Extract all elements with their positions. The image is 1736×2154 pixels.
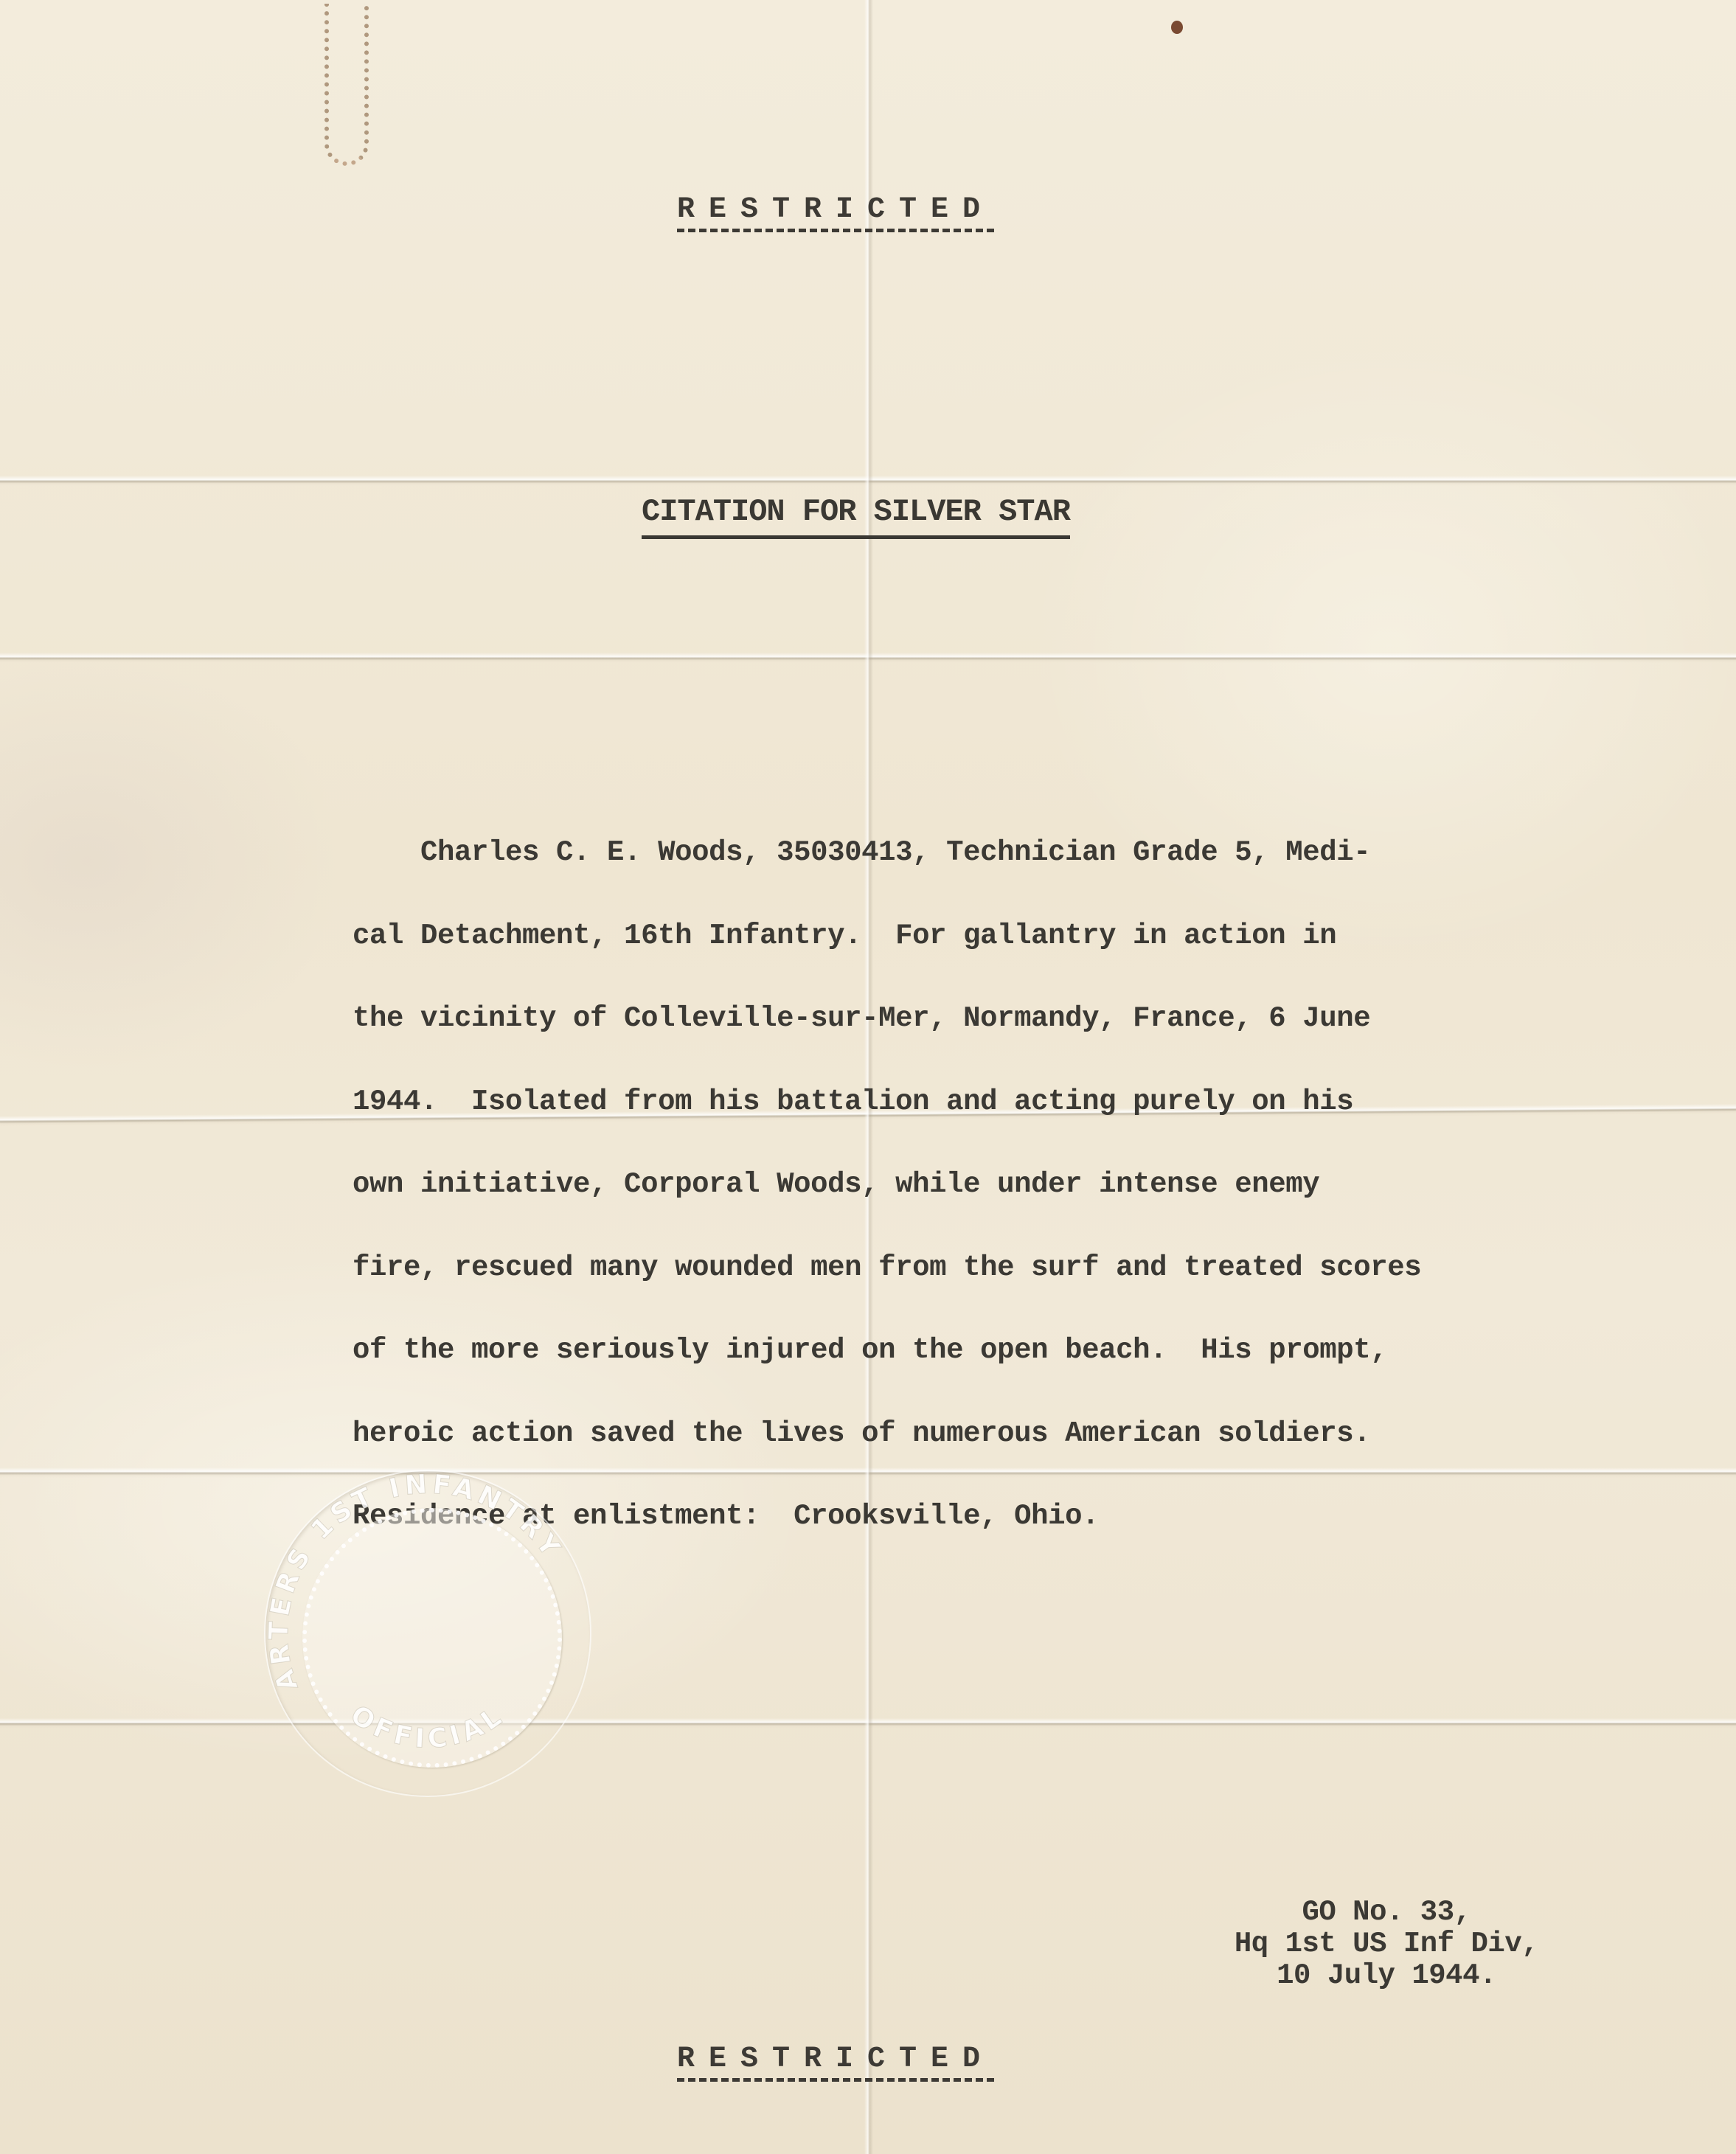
classification-footer: RESTRICTED (677, 2043, 1075, 2076)
body-line: 1944. Isolated from his battalion and ac… (353, 1088, 1532, 1116)
document-title: CITATION FOR SILVER STAR (642, 494, 1070, 539)
order-number: GO No. 33, (1232, 1897, 1541, 1928)
general-order-reference: GO No. 33, Hq 1st US Inf Div, 10 July 19… (1232, 1897, 1541, 1992)
staple-mark (324, 4, 369, 166)
svg-text:OFFICIAL: OFFICIAL (345, 1700, 510, 1755)
body-line: fire, rescued many wounded men from the … (353, 1254, 1532, 1282)
citation-body: Charles C. E. Woods, 35030413, Technicia… (353, 784, 1532, 1558)
body-line: the vicinity of Colleville-sur-Mer, Norm… (353, 1005, 1532, 1033)
rust-spot (1171, 21, 1183, 34)
order-date: 10 July 1944. (1232, 1960, 1541, 1992)
body-line: Charles C. E. Woods, 35030413, Technicia… (353, 839, 1532, 867)
embossed-seal: HEADQUARTERS 1ST INFANTRY DIVISION OFFIC… (265, 1471, 590, 1796)
classification-header: RESTRICTED (677, 193, 1075, 226)
body-line: own initiative, Corporal Woods, while un… (353, 1171, 1532, 1199)
seal-lettering: HEADQUARTERS 1ST INFANTRY DIVISION OFFIC… (265, 1471, 590, 1796)
svg-text:HEADQUARTERS 1ST INFANTRY DIVI: HEADQUARTERS 1ST INFANTRY DIVISION (265, 1471, 583, 1700)
order-headquarters: Hq 1st US Inf Div, (1232, 1928, 1541, 1960)
body-line: cal Detachment, 16th Infantry. For galla… (353, 923, 1532, 951)
body-line: of the more seriously injured on the ope… (353, 1337, 1532, 1365)
body-line: heroic action saved the lives of numerou… (353, 1420, 1532, 1448)
